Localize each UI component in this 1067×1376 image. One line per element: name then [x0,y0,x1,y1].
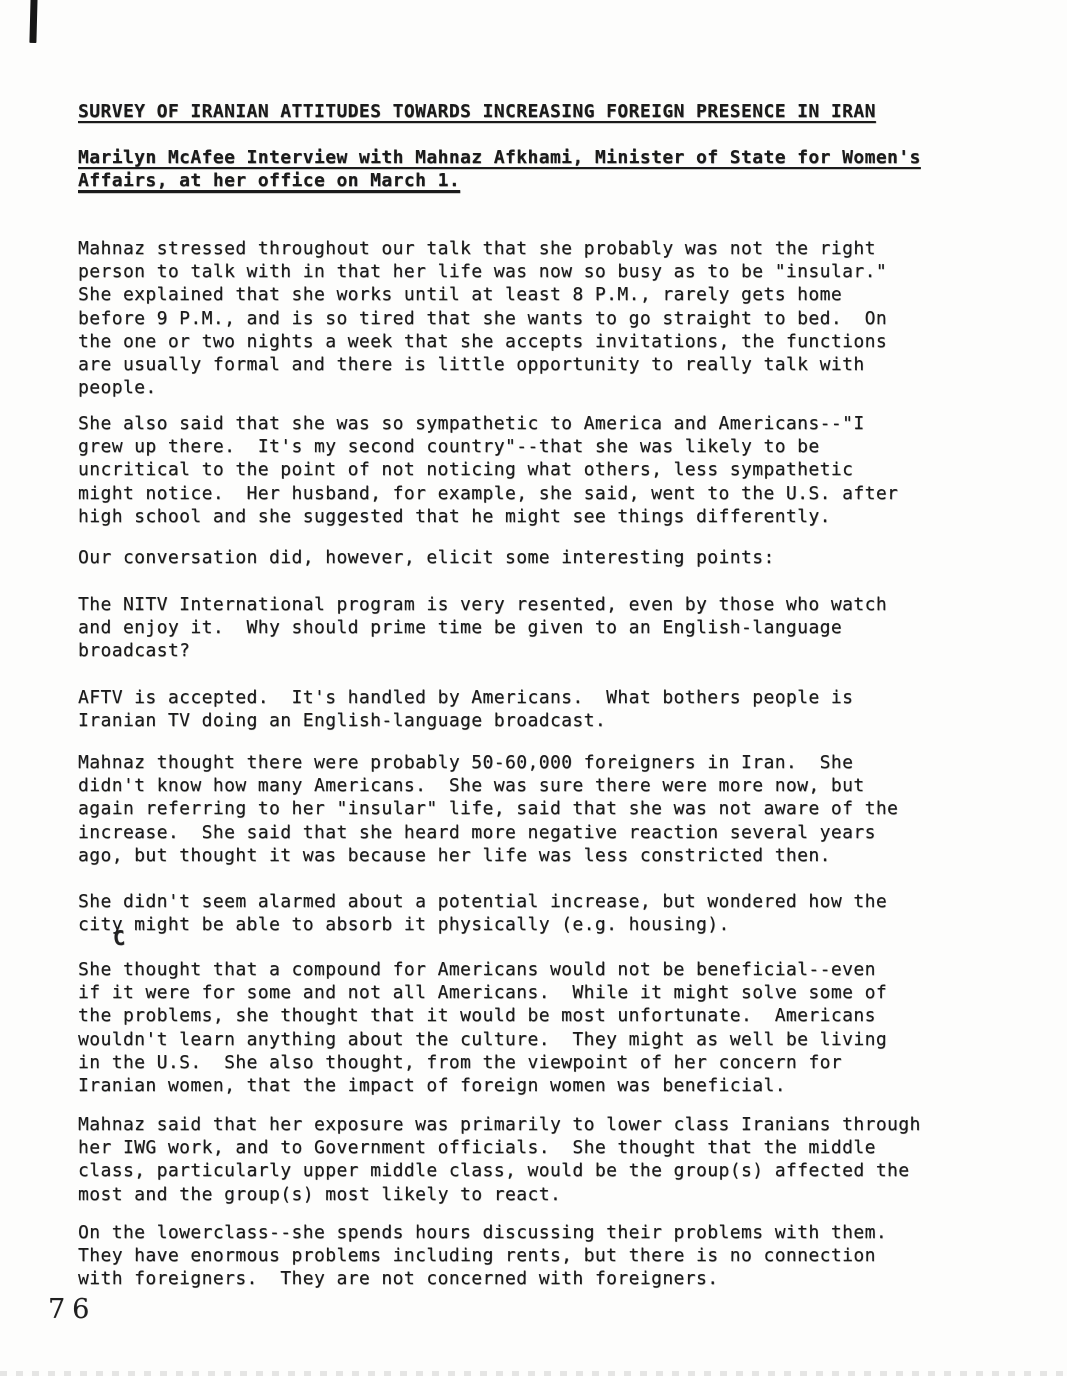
paragraph-10: On the lowerclass--she spends hours disc… [78,1221,887,1291]
paragraph-3: Our conversation did, however, elicit so… [78,546,775,569]
subtitle-line-1: Marilyn McAfee Interview with Mahnaz Afk… [78,147,921,168]
document-title: SURVEY OF IRANIAN ATTITUDES TOWARDS INCR… [78,100,876,123]
paragraph-8: She thought that a compound for American… [78,958,887,1097]
paragraph-6: Mahnaz thought there were probably 50-60… [78,751,898,867]
paragraph-7: She didn't seem alarmed about a potentia… [78,890,887,936]
scan-edge-noise [0,1371,1067,1376]
stray-typed-character: C [112,926,126,951]
paragraph-9: Mahnaz said that her exposure was primar… [78,1113,921,1206]
document-page: SURVEY OF IRANIAN ATTITUDES TOWARDS INCR… [0,0,1067,1376]
paragraph-1: Mahnaz stressed throughout our talk that… [78,237,887,399]
document-subtitle: Marilyn McAfee Interview with Mahnaz Afk… [78,146,921,192]
scan-artifact-mark [29,0,37,43]
paragraph-5: AFTV is accepted. It's handled by Americ… [78,686,853,732]
page-number: 76 [48,1294,96,1325]
paragraph-2: She also said that she was so sympatheti… [78,412,898,528]
subtitle-line-2: Affairs, at her office on March 1. [78,170,460,191]
paragraph-4: The NITV International program is very r… [78,593,887,663]
